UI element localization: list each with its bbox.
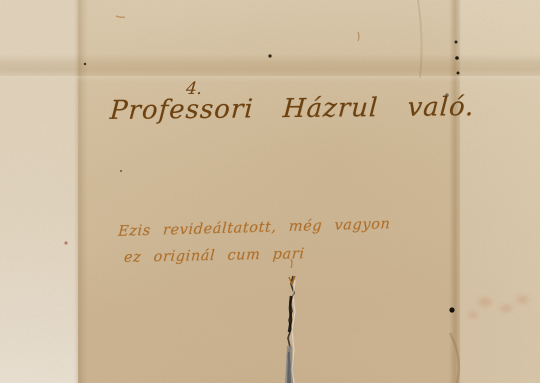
paper-damage-marks	[0, 0, 540, 383]
manuscript-photo: 4. Professori Házrul való. Ezis revideál…	[0, 0, 540, 383]
